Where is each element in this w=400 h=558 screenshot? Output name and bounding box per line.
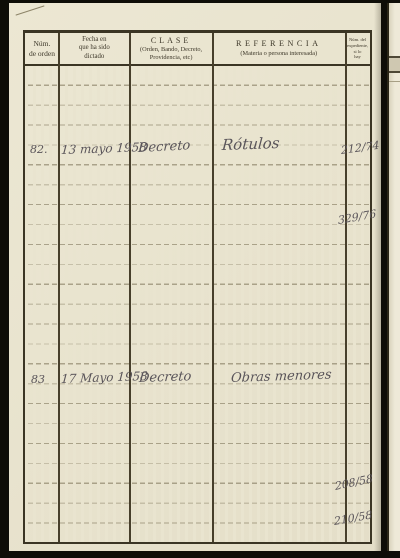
paper-crease bbox=[16, 5, 45, 15]
header-num-orden: Núm. de orden bbox=[25, 33, 59, 64]
header-title: CLASE bbox=[151, 36, 191, 46]
entry-num: 83 bbox=[31, 373, 45, 386]
registry-table: Núm. de orden Fecha en que ha sido dicta… bbox=[23, 30, 372, 544]
next-page-edge bbox=[387, 3, 400, 551]
column-divider bbox=[345, 33, 347, 542]
scanned-registry-page: Núm. de orden Fecha en que ha sido dicta… bbox=[0, 0, 400, 558]
entry-referencia: Rótulos bbox=[221, 134, 280, 154]
header-sub: Providencia, etc) bbox=[150, 54, 193, 62]
column-divider bbox=[58, 33, 60, 542]
header-expediente: Núm. del expediente, si lo hay bbox=[345, 33, 370, 64]
next-page-header-band bbox=[389, 56, 400, 73]
column-divider bbox=[212, 33, 214, 542]
entry-clase: Decreto bbox=[138, 369, 191, 386]
header-line: hay bbox=[354, 54, 361, 60]
entry-clase: Decreto bbox=[138, 138, 191, 156]
column-divider bbox=[129, 33, 131, 542]
header-line: Fecha en bbox=[82, 36, 106, 44]
header-line: que ha sido bbox=[79, 44, 110, 52]
header-title: REFERENCIA bbox=[236, 39, 322, 49]
header-clase: CLASE (Orden, Bando, Decreto, Providenci… bbox=[130, 33, 213, 64]
header-line: Núm. bbox=[34, 39, 51, 48]
entry-num: 82. bbox=[30, 143, 48, 156]
page-edge-shadow bbox=[374, 3, 381, 551]
header-line: dictado bbox=[84, 53, 104, 61]
header-referencia: REFERENCIA (Materia o persona interesada… bbox=[212, 33, 345, 64]
table-header-row: Núm. de orden Fecha en que ha sido dicta… bbox=[25, 33, 370, 66]
ledger-page: Núm. de orden Fecha en que ha sido dicta… bbox=[9, 3, 381, 551]
header-sub: (Orden, Bando, Decreto, bbox=[140, 46, 202, 54]
next-page-rule bbox=[389, 81, 400, 82]
ruled-lines bbox=[25, 66, 370, 542]
header-line: de orden bbox=[29, 49, 55, 58]
header-fecha: Fecha en que ha sido dictado bbox=[59, 33, 130, 64]
header-sub: (Materia o persona interesada) bbox=[240, 50, 317, 58]
